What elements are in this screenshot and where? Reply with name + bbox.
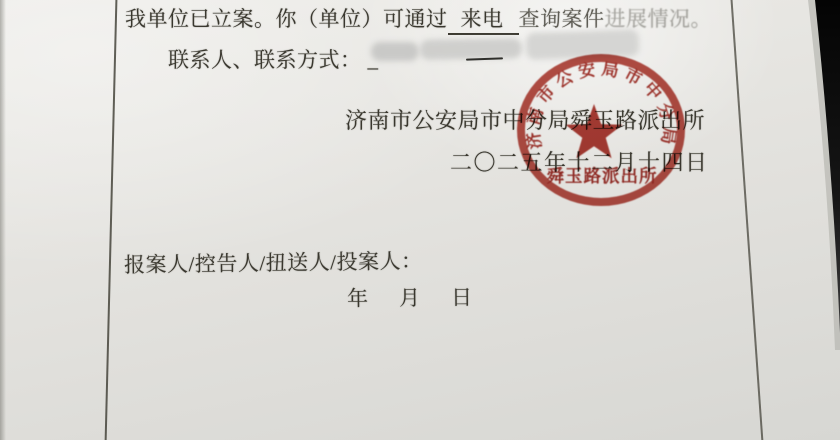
case-filed-text: 我单位已立案。你（单位）可通过 [125, 7, 448, 31]
query-progress-text-faded: 进展情况。 [605, 3, 713, 33]
star-icon [566, 104, 623, 158]
dark-table-edge [795, 0, 840, 350]
seal-bottom-text: 舜玉路派出所 [547, 166, 658, 186]
contact-line: 联系人、联系方式：_ [168, 44, 379, 74]
contact-label: 联系人、联系方式： [168, 48, 362, 72]
paper-left-edge-shadow [0, 0, 6, 440]
paper-sheet [0, 0, 840, 440]
official-seal: 济南市公安局市中分局 舜玉路派出所 [505, 44, 697, 216]
redaction-blur-name [371, 42, 419, 61]
photo-of-document: 我单位已立案。你（单位）可通过来电查询案件进展情况。 联系人、联系方式：_ 济南… [0, 0, 840, 440]
reporter-line: 报案人/控告人/扭送人/投案人： [124, 245, 423, 279]
contact-method-underlined: 来电 [448, 3, 519, 35]
query-progress-text: 查询案件 [519, 7, 605, 31]
year-month-day-line: 年 月 日 [347, 281, 477, 312]
